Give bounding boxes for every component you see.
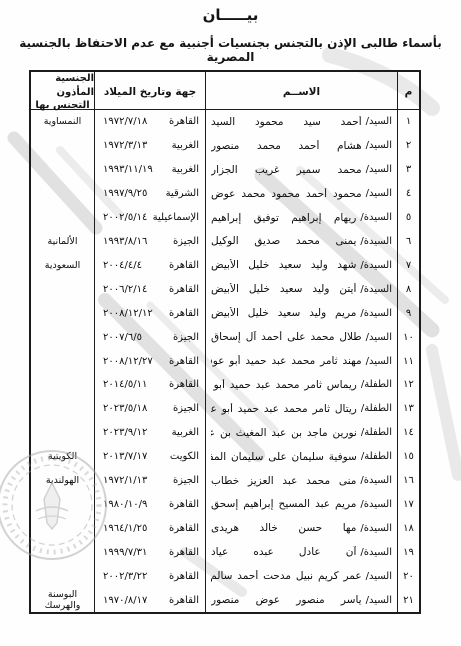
row-birth-cell: القاهرة ٢٠١٤/٥/١١ [94, 373, 205, 397]
row-place: الجيزة [173, 332, 199, 343]
row-nationality: النمساوية [31, 110, 94, 134]
row-name: يمنى محمد صديق الوكيل [211, 235, 356, 247]
row-place: القاهرة [169, 571, 199, 582]
row-prefix: الطفلة/ [361, 379, 392, 390]
row-birth-cell: القاهرة ٢٠٠٤/٤/٤ [94, 253, 205, 277]
row-num: ١١ [397, 349, 419, 373]
row-nationality [31, 540, 94, 564]
row-num: ١٣ [397, 397, 419, 421]
row-prefix: السيدة/ [360, 212, 392, 223]
row-place: القاهرة [169, 356, 199, 367]
row-name-cell: السيد/ محمود أحمد محمود محمد عوض [205, 182, 397, 206]
row-nationality [31, 516, 94, 540]
row-name-cell: الطفلة/ ريتال ثامر محمد عبد حميد أبو عوف [205, 397, 397, 421]
row-nationality [31, 301, 94, 325]
row-name-cell: السيد/ عمر كريم نبيل مدحت أحمد سالم [205, 564, 397, 588]
row-birth-cell: القاهرة ٢٠٠٢/٣/٢٢ [94, 564, 205, 588]
row-birth-cell: الغربية ٢٠٢٣/٩/١٢ [94, 421, 205, 445]
row-prefix: السيد/ [366, 332, 392, 343]
row-prefix: السيد/ [366, 188, 392, 199]
row-birth-cell: الجيزة ٢٠٢٣/٥/١٨ [94, 397, 205, 421]
row-date: ٢٠٠٢/٣/٢٢ [103, 571, 147, 582]
row-date: ٢٠٠٨/١٢/٢٧ [103, 356, 153, 367]
row-prefix: السيدة/ [360, 523, 392, 534]
row-num: ٤ [397, 182, 419, 206]
row-nationality [31, 325, 94, 349]
row-num: ٩ [397, 301, 419, 325]
row-place: القاهرة [169, 523, 199, 534]
row-name-cell: السيد/ مهند ثامر محمد عبد حميد أبو عوف [205, 349, 397, 373]
row-birth-cell: الكويت ٢٠١٣/٧/١٧ [94, 445, 205, 469]
row-prefix: السيد/ [366, 116, 392, 127]
row-prefix: السيدة/ [360, 499, 392, 510]
row-name: ريماس ثامر محمد عبد حميد أبو عوف [211, 379, 357, 391]
row-num: ١٧ [397, 493, 419, 517]
row-prefix: السيدة/ [360, 308, 392, 319]
table-row: ٩ السيدة/ مريم وليد سعيد خليل الأبيض الق… [31, 301, 419, 325]
row-num: ١ [397, 110, 419, 134]
row-place: القاهرة [169, 116, 199, 127]
row-prefix: السيدة/ [360, 284, 392, 295]
row-num: ٧ [397, 253, 419, 277]
row-name: مريم عبد المسيح إبراهيم إسحق [211, 498, 356, 510]
row-date: ٢٠٠٧/٦/٥ [103, 332, 142, 343]
row-birth-cell: الجيزة ١٩٩٣/٨/١٦ [94, 230, 205, 254]
table-row: ١٢ الطفلة/ ريماس ثامر محمد عبد حميد أبو … [31, 373, 419, 397]
row-nationality: الألمانية [31, 230, 94, 254]
header-num: م [397, 72, 419, 113]
row-place: القاهرة [169, 260, 199, 271]
row-nationality [31, 206, 94, 230]
row-name-cell: السيد/ ياسر منصور عوض منصور [205, 588, 397, 612]
row-nationality [31, 349, 94, 373]
table-row: ١٩ السيدة/ آن عادل عبده عياد القاهرة ١٩٩… [31, 540, 419, 564]
row-birth-cell: القاهرة ١٩٦٤/١/٢٥ [94, 516, 205, 540]
row-name-cell: السيد/ طلال محمد على أحمد آل إسحاق [205, 325, 397, 349]
names-table: م الاســم جهة وتاريخ الميلاد الجنسية الم… [29, 70, 421, 614]
row-num: ١٤ [397, 421, 419, 445]
row-prefix: الطفلة/ [361, 403, 392, 414]
row-name: آن عادل عبده عياد [211, 546, 356, 558]
row-date: ٢٠٢٣/٥/١٨ [103, 403, 147, 414]
row-name: مريم وليد سعيد خليل الأبيض [211, 307, 356, 319]
row-name: منى محمد عبد العزيز خطاب [211, 475, 356, 487]
row-num: ٦ [397, 230, 419, 254]
row-nationality [31, 564, 94, 588]
page-subtitle: بأسماء طالبى الإذن بالتجنس بجنسيات أجنبي… [6, 36, 455, 64]
row-name: مهند ثامر محمد عبد حميد أبو عوف [211, 355, 362, 367]
row-place: القاهرة [169, 547, 199, 558]
row-date: ٢٠٢٣/٩/١٢ [103, 427, 147, 438]
table-row: ٦ السيدة/ يمنى محمد صديق الوكيل الجيزة ١… [31, 230, 419, 254]
row-name: طلال محمد على أحمد آل إسحاق [211, 331, 362, 343]
row-prefix: السيد/ [366, 140, 392, 151]
row-birth-cell: الغربية ١٩٩٣/١١/١٩ [94, 158, 205, 182]
row-birth-cell: القاهرة ٢٠٠٨/١٢/٢٧ [94, 349, 205, 373]
row-name-cell: الطفلة/ ريماس ثامر محمد عبد حميد أبو عوف [205, 373, 397, 397]
row-place: الجيزة [173, 236, 199, 247]
row-date: ١٩٧٠/٨/١٧ [103, 595, 147, 606]
row-prefix: السيدة/ [360, 236, 392, 247]
row-place: القاهرة [169, 379, 199, 390]
row-date: ٢٠١٤/٥/١١ [103, 379, 147, 390]
row-num: ١٢ [397, 373, 419, 397]
row-date: ٢٠٠٤/٤/٤ [103, 260, 142, 271]
row-place: الجيزة [173, 403, 199, 414]
row-prefix: السيدة/ [360, 547, 392, 558]
row-place: الجيزة [173, 475, 199, 486]
row-nationality [31, 493, 94, 517]
row-name-cell: السيد/ هشام أحمد محمد منصور [205, 134, 397, 158]
row-date: ١٩٧٢/١/١٣ [103, 475, 147, 486]
row-prefix: السيد/ [366, 595, 392, 606]
row-num: ١٦ [397, 469, 419, 493]
row-place: القاهرة [169, 499, 199, 510]
row-name-cell: السيدة/ يمنى محمد صديق الوكيل [205, 230, 397, 254]
row-name: شهد وليد سعيد خليل الأبيض [211, 259, 356, 271]
row-nationality [31, 134, 94, 158]
row-name: أحمد سيد محمود السيد [211, 116, 362, 128]
table-row: ١ السيد/ أحمد سيد محمود السيد القاهرة ١٩… [31, 110, 419, 134]
row-name: عمر كريم نبيل مدحت أحمد سالم [211, 570, 362, 582]
row-name-cell: السيدة/ آن عادل عبده عياد [205, 540, 397, 564]
table-row: ١٦ السيدة/ منى محمد عبد العزيز خطاب الجي… [31, 469, 419, 493]
row-nationality: السعودية [31, 253, 94, 277]
row-date: ٢٠٠٦/٢/١٤ [103, 284, 147, 295]
row-name-cell: السيدة/ ريهام إبراهيم توفيق إبراهيم [205, 206, 397, 230]
row-prefix: السيد/ [366, 164, 392, 175]
table-row: ٢ السيد/ هشام أحمد محمد منصور الغربية ١٩… [31, 134, 419, 158]
row-nationality [31, 277, 94, 301]
row-place: الغربية [172, 140, 199, 151]
row-place: الغربية [172, 164, 199, 175]
row-birth-cell: القاهرة ١٩٨٠/١٠/٩ [94, 493, 205, 517]
row-name: سوفية سليمان على سليمان المفيدى [211, 451, 357, 463]
row-place: الإسماعيلية [153, 212, 199, 223]
row-place: القاهرة [169, 595, 199, 606]
row-prefix: الطفلة/ [361, 427, 392, 438]
row-nationality [31, 158, 94, 182]
row-date: ٢٠٠٢/٥/١٤ [103, 212, 147, 223]
table-body: ١ السيد/ أحمد سيد محمود السيد القاهرة ١٩… [31, 110, 419, 612]
row-num: ١٥ [397, 445, 419, 469]
row-place: القاهرة [169, 308, 199, 319]
row-name-cell: السيدة/ مريم وليد سعيد خليل الأبيض [205, 301, 397, 325]
row-num: ٢١ [397, 588, 419, 612]
row-prefix: السيدة/ [360, 475, 392, 486]
row-name: أيتن وليد سعيد خليل الأبيض [211, 283, 356, 295]
page-title: بيـــــان [0, 6, 461, 24]
row-name-cell: السيدة/ شهد وليد سعيد خليل الأبيض [205, 253, 397, 277]
row-date: ١٩٦٤/١/٢٥ [103, 523, 147, 534]
row-date: ١٩٧٢/٧/١٨ [103, 116, 147, 127]
row-name: ريهام إبراهيم توفيق إبراهيم [211, 212, 356, 224]
row-name: ريتال ثامر محمد عبد حميد أبو عوف [211, 403, 357, 415]
header-nationality: الجنسية المأذون التجنس بها [31, 72, 94, 113]
row-name-cell: السيدة/ مها حسن خالد هريدى [205, 516, 397, 540]
row-birth-cell: القاهرة ٢٠٠٨/١٢/١٢ [94, 301, 205, 325]
row-date: ١٩٨٠/١٠/٩ [103, 499, 147, 510]
row-nationality: البوسنة والهرسك [31, 588, 94, 612]
row-nationality [31, 373, 94, 397]
row-birth-cell: الشرقية ١٩٩٧/٩/٢٥ [94, 182, 205, 206]
row-date: ١٩٩٣/٨/١٦ [103, 236, 147, 247]
row-place: الشرقية [166, 188, 199, 199]
row-name: هشام أحمد محمد منصور [211, 140, 362, 152]
table-row: ٨ السيدة/ أيتن وليد سعيد خليل الأبيض الق… [31, 277, 419, 301]
row-num: ٢ [397, 134, 419, 158]
row-name: مها حسن خالد هريدى [211, 522, 356, 534]
row-place: الغربية [172, 427, 199, 438]
row-num: ١٨ [397, 516, 419, 540]
header-nationality-line1: الجنسية المأذون [31, 72, 94, 99]
row-name: محمود أحمد محمود محمد عوض [211, 188, 362, 200]
row-prefix: السيد/ [366, 571, 392, 582]
row-date: ١٩٩٩/٧/٣١ [103, 547, 147, 558]
row-prefix: السيدة/ [360, 260, 392, 271]
row-nationality [31, 182, 94, 206]
table-row: ١٠ السيد/ طلال محمد على أحمد آل إسحاق ال… [31, 325, 419, 349]
row-date: ١٩٧٢/٣/١٣ [103, 140, 147, 151]
table-row: ٢٠ السيد/ عمر كريم نبيل مدحت أحمد سالم ا… [31, 564, 419, 588]
table-header-row: م الاســم جهة وتاريخ الميلاد الجنسية الم… [31, 72, 419, 110]
table-row: ١٣ الطفلة/ ريتال ثامر محمد عبد حميد أبو … [31, 397, 419, 421]
row-name: نورين ماجد بن عبد المغيث بن عبد اللطيف ا… [211, 427, 357, 439]
row-birth-cell: القاهرة ١٩٧٢/٧/١٨ [94, 110, 205, 134]
row-num: ٨ [397, 277, 419, 301]
row-name-cell: السيد/ أحمد سيد محمود السيد [205, 110, 397, 134]
row-name: ياسر منصور عوض منصور [211, 594, 362, 606]
table-row: ١٥ الطفلة/ سوفية سليمان على سليمان المفي… [31, 445, 419, 469]
row-birth-cell: الغربية ١٩٧٢/٣/١٣ [94, 134, 205, 158]
table-row: ٣ السيد/ محمد سمير غريب الجزار الغربية ١… [31, 158, 419, 182]
row-nationality: الهولندية [31, 469, 94, 493]
row-nationality [31, 421, 94, 445]
row-prefix: السيد/ [366, 356, 392, 367]
table-row: ٢١ السيد/ ياسر منصور عوض منصور القاهرة ١… [31, 588, 419, 612]
row-name-cell: السيدة/ أيتن وليد سعيد خليل الأبيض [205, 277, 397, 301]
row-birth-cell: الجيزة ١٩٧٢/١/١٣ [94, 469, 205, 493]
row-num: ٥ [397, 206, 419, 230]
row-date: ٢٠٠٨/١٢/١٢ [103, 308, 153, 319]
row-num: ١٩ [397, 540, 419, 564]
row-date: ١٩٩٣/١١/١٩ [103, 164, 153, 175]
header-name: الاســم [205, 72, 397, 113]
row-name-cell: الطفلة/ نورين ماجد بن عبد المغيث بن عبد … [205, 421, 397, 445]
table-row: ٤ السيد/ محمود أحمد محمود محمد عوض الشرق… [31, 182, 419, 206]
row-num: ٢٠ [397, 564, 419, 588]
row-num: ٣ [397, 158, 419, 182]
table-row: ١٤ الطفلة/ نورين ماجد بن عبد المغيث بن ع… [31, 421, 419, 445]
row-name-cell: السيدة/ مريم عبد المسيح إبراهيم إسحق [205, 493, 397, 517]
row-date: ٢٠١٣/٧/١٧ [103, 451, 147, 462]
document-page: بيـــــان بأسماء طالبى الإذن بالتجنس بجن… [0, 0, 461, 646]
row-place: القاهرة [169, 284, 199, 295]
row-prefix: الطفلة/ [361, 451, 392, 462]
table-row: ١٨ السيدة/ مها حسن خالد هريدى القاهرة ١٩… [31, 516, 419, 540]
row-nationality: الكويتية [31, 445, 94, 469]
row-birth-cell: الإسماعيلية ٢٠٠٢/٥/١٤ [94, 206, 205, 230]
table-row: ٧ السيدة/ شهد وليد سعيد خليل الأبيض القا… [31, 253, 419, 277]
row-num: ١٠ [397, 325, 419, 349]
row-birth-cell: القاهرة ٢٠٠٦/٢/١٤ [94, 277, 205, 301]
row-name: محمد سمير غريب الجزار [211, 164, 362, 176]
row-name-cell: السيد/ محمد سمير غريب الجزار [205, 158, 397, 182]
row-name-cell: الطفلة/ سوفية سليمان على سليمان المفيدى [205, 445, 397, 469]
row-nationality [31, 397, 94, 421]
row-name-cell: السيدة/ منى محمد عبد العزيز خطاب [205, 469, 397, 493]
row-place: الكويت [170, 451, 199, 462]
table-row: ١٧ السيدة/ مريم عبد المسيح إبراهيم إسحق … [31, 493, 419, 517]
row-birth-cell: الجيزة ٢٠٠٧/٦/٥ [94, 325, 205, 349]
row-birth-cell: القاهرة ١٩٧٠/٨/١٧ [94, 588, 205, 612]
row-birth-cell: القاهرة ١٩٩٩/٧/٣١ [94, 540, 205, 564]
header-birth: جهة وتاريخ الميلاد [94, 72, 205, 113]
table-row: ١١ السيد/ مهند ثامر محمد عبد حميد أبو عو… [31, 349, 419, 373]
row-date: ١٩٩٧/٩/٢٥ [103, 188, 147, 199]
table-row: ٥ السيدة/ ريهام إبراهيم توفيق إبراهيم ال… [31, 206, 419, 230]
